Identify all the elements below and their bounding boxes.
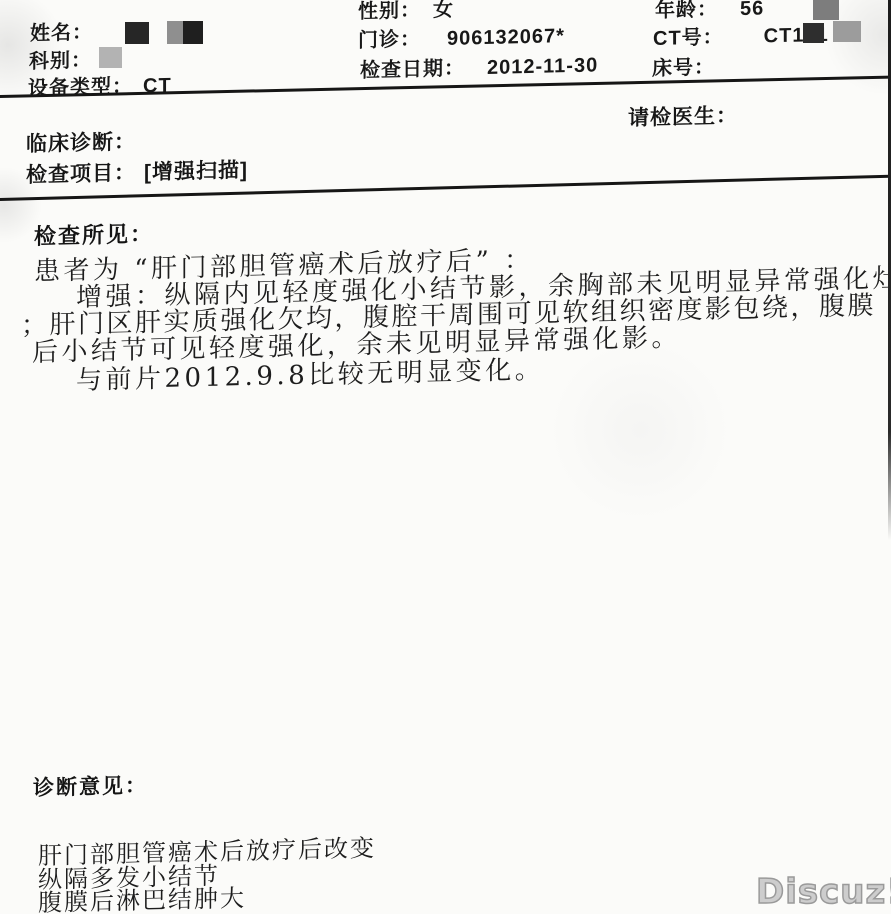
field-patient-name: 姓名： [30, 16, 93, 46]
age-label: 年龄： [655, 0, 718, 22]
gender-value: 女 [433, 0, 454, 21]
requesting-physician-label: 请检医生： [628, 99, 738, 132]
clinical-diagnosis-label: 临床诊断： [26, 125, 136, 158]
visit-no-value: 906132067* [447, 25, 565, 50]
visit-no-label: 门诊： [358, 29, 421, 52]
diagnosis-heading: 诊断意见： [33, 769, 148, 802]
department-label: 科别： [29, 50, 92, 73]
diagnosis-line-3: 腹膜后淋巴结肿大 [38, 878, 246, 914]
field-department: 科别： [29, 44, 92, 74]
ct-report-page: 姓名： 科别： 设备类型：CT 性别：女 门诊：906132067* 检查日期：… [0, 0, 891, 914]
department-redaction [99, 47, 122, 68]
ct-no-label: CT号： [653, 26, 724, 50]
gender-label: 性别： [358, 0, 421, 23]
bed-no-label: 床号： [652, 57, 715, 80]
field-gender: 性别：女 [358, 0, 454, 24]
field-bed-no: 床号： [652, 51, 715, 81]
exam-date-value: 2012-11-30 [487, 54, 598, 79]
exam-date-label: 检查日期： [360, 58, 465, 82]
findings-heading: 检查所见： [34, 217, 154, 251]
discuz-watermark: Discuz! [756, 872, 891, 912]
field-exam-date: 检查日期：2012-11-30 [360, 48, 598, 83]
exam-item-label: 检查项目： [26, 161, 136, 187]
field-exam-item: 检查项目：[增强扫描] [26, 154, 248, 189]
name-redaction-1 [125, 22, 149, 44]
ct-no-redaction-2 [833, 21, 861, 42]
name-redaction-2 [167, 21, 203, 44]
field-visit-no: 门诊：906132067* [358, 19, 565, 53]
age-row-redaction [813, 0, 839, 20]
ct-no-redaction-1 [803, 23, 824, 43]
exam-item-value: [增强扫描] [144, 159, 248, 184]
age-value: 56 [740, 0, 764, 20]
patient-name-label: 姓名： [30, 22, 93, 45]
